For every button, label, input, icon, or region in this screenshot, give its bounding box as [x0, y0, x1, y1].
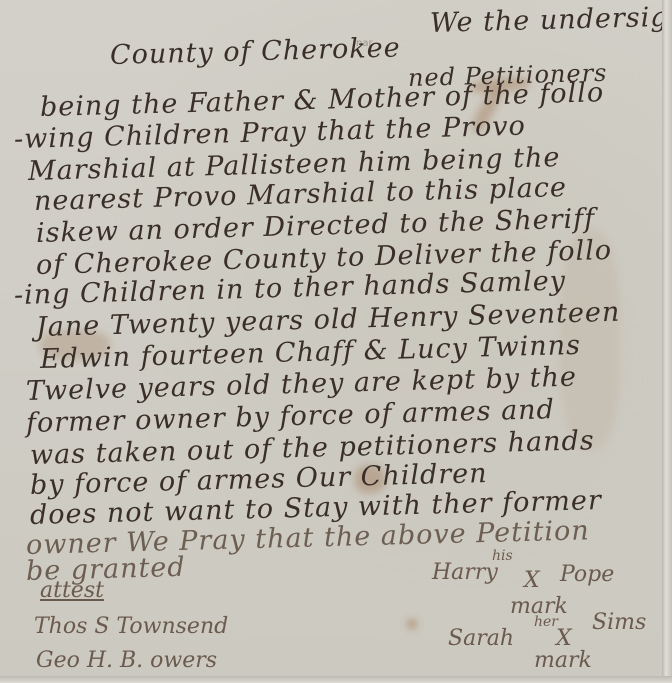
header-salutation: We the undersig [430, 2, 662, 39]
signature-harry-first: Harry [432, 560, 498, 585]
witness-1: Thos S Townsend [34, 614, 228, 639]
frame-edge-bottom [0, 676, 672, 683]
attest-label: attest [40, 578, 104, 603]
document-page: nar County of Cherokee We the undersig n… [0, 0, 662, 676]
signature-harry-mark-x: X [524, 568, 540, 593]
signature-sarah-last: Sims [592, 610, 646, 635]
signature-harry-last: Pope [560, 562, 614, 587]
signature-harry-his: his [492, 548, 513, 564]
signature-sarah-first: Sarah [448, 626, 514, 651]
witness-2: Geo H. B. owers [36, 648, 217, 673]
signature-sarah-mark-label: mark [534, 648, 592, 673]
signature-sarah-her: her [534, 614, 558, 630]
ink-stain [408, 620, 416, 628]
frame-edge-right [662, 0, 672, 683]
header-county: County of Cherokee [110, 32, 401, 71]
